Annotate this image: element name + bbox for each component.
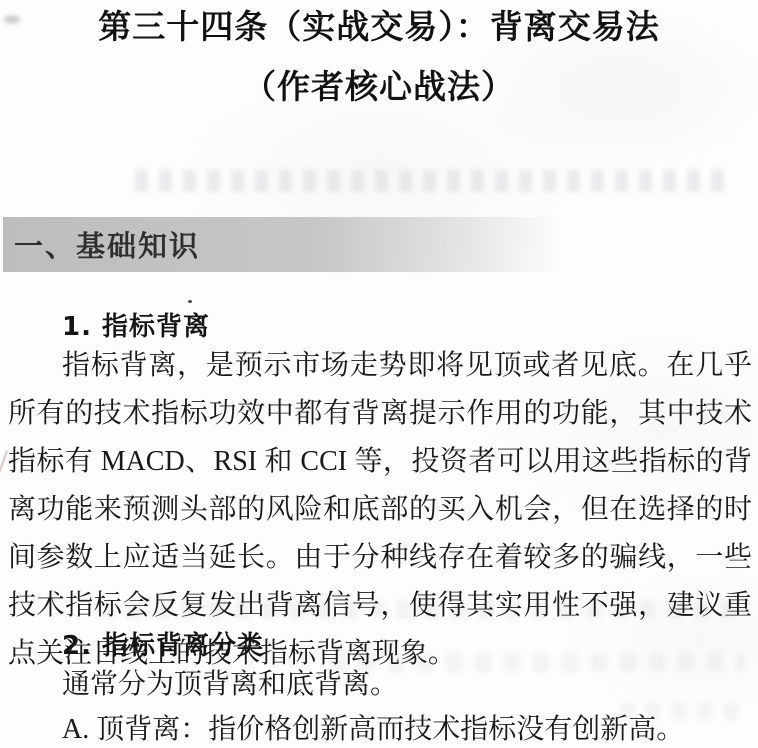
scanned-book-page: { "colors": { "paper": "#fdfdfd", "text"…	[0, 0, 758, 748]
scan-dot-artifact	[188, 300, 192, 303]
classification-intro-line: 通常分为顶背离和底背离。	[62, 668, 398, 702]
chapter-title-line1: 第三十四条（实战交易）：背离交易法	[0, 8, 758, 48]
section-header-bar: 一、基础知识	[3, 217, 578, 272]
scan-scratch-artifact	[0, 450, 8, 473]
bleed-through-artifact	[135, 170, 735, 192]
subsection-1-heading: 1. 指标背离	[62, 306, 210, 343]
chapter-title-line2: （作者核心战法）	[0, 68, 758, 108]
classification-item-a-line: A. 顶背离：指价格创新高而技术指标没有创新高。	[62, 713, 684, 747]
section-heading: 一、基础知识	[3, 224, 200, 265]
subsection-2-heading: 2. 指标背离分类	[62, 625, 264, 662]
